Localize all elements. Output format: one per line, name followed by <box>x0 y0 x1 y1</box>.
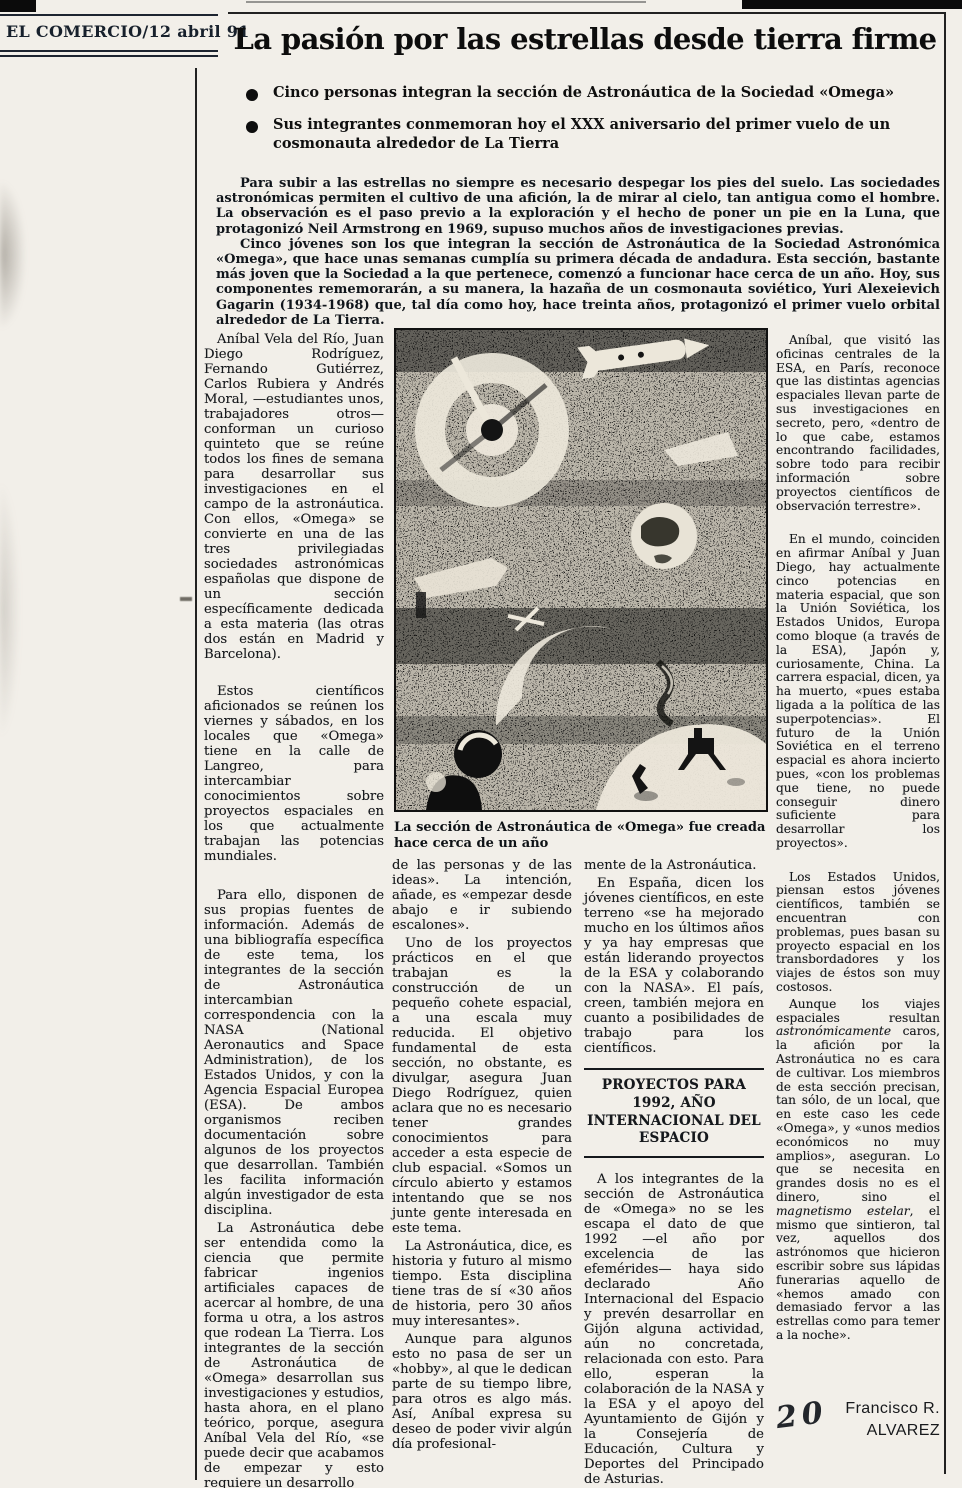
lead-paragraph: Para subir a las estrellas no siempre es… <box>216 176 940 237</box>
byline-name: Francisco R. <box>845 1400 940 1417</box>
scan-artifact-top-left <box>0 0 36 12</box>
body-paragraph: La Astronáutica, dice, es historia y fut… <box>392 1239 572 1329</box>
body-paragraph: A los integrantes de la sección de Astro… <box>584 1172 764 1487</box>
body-paragraph: Aníbal, que visitó las oficinas centrale… <box>776 334 940 513</box>
body-paragraph: En España, dicen los jóvenes científicos… <box>584 876 764 1056</box>
bullet-text: Sus integrantes conmemoran hoy el XXX an… <box>273 116 928 154</box>
body-paragraph: La Astronáutica debe ser entendida como … <box>204 1221 384 1488</box>
bullet-icon <box>246 121 258 133</box>
column-2: de las personas y de las ideas». La inte… <box>392 858 572 1455</box>
photo-caption: La sección de Astronáutica de «Omega» fu… <box>394 820 766 852</box>
masthead-rule-bottom-2 <box>0 55 218 57</box>
masthead-title: EL COMERCIO/12 abril 91 <box>6 22 250 41</box>
lead-paragraphs: Para subir a las estrellas no siempre es… <box>216 176 940 328</box>
byline: Francisco R. ALVAREZ <box>845 1398 940 1441</box>
photo-collage <box>394 328 768 812</box>
body-paragraph: Estos científicos aficionados se reúnen … <box>204 684 384 864</box>
body-paragraph: mente de la Astronáutica. <box>584 858 764 873</box>
body-paragraph: Aunque para algunos esto no pasa de ser … <box>392 1332 572 1452</box>
body-paragraph: Los Estados Unidos, piensan estos jóvene… <box>776 871 940 995</box>
page-number-handwritten: 20 <box>774 1395 830 1436</box>
body-paragraph: Uno de los proyectos prácticos en el que… <box>392 936 572 1236</box>
bullet-item: Sus integrantes conmemoran hoy el XXX an… <box>246 116 928 154</box>
bullet-text: Cinco personas integran la sección de As… <box>273 84 894 103</box>
section-subhead: PROYECTOS PARA 1992, AÑO INTERNACIONAL D… <box>584 1068 764 1158</box>
scan-smudge <box>0 480 20 740</box>
scan-mark <box>180 597 192 601</box>
article-headline: La pasión por las estrellas desde tierra… <box>232 24 938 56</box>
masthead-rule-top <box>0 14 218 16</box>
lead-paragraph: Cinco jóvenes son los que integran la se… <box>216 237 940 328</box>
column-3: mente de la Astronáutica. En España, dic… <box>584 858 764 1488</box>
bullet-icon <box>246 89 258 101</box>
scan-artifact-top-line <box>246 1 646 3</box>
body-paragraph: Aníbal Vela del Río, Juan Diego Rodrígue… <box>204 332 384 662</box>
article-frame-right-rule <box>944 12 946 1474</box>
photo-collage-art <box>396 330 766 810</box>
signature-row: 20 Francisco R. ALVAREZ <box>776 1398 940 1441</box>
column-1: Aníbal Vela del Río, Juan Diego Rodrígue… <box>204 332 384 1488</box>
article-frame-left-rule <box>195 68 197 1480</box>
article-frame-top-rule <box>228 12 945 14</box>
scan-smudge <box>0 180 26 330</box>
scan-artifact-top-right <box>742 0 962 9</box>
headline-bullets: Cinco personas integran la sección de As… <box>246 84 928 167</box>
bullet-item: Cinco personas integran la sección de As… <box>246 84 928 103</box>
body-paragraph: de las personas y de las ideas». La inte… <box>392 858 572 933</box>
masthead-rule-bottom-1 <box>0 50 218 52</box>
byline-surname: ALVAREZ <box>867 1422 940 1439</box>
body-paragraph: En el mundo, coinciden en afirmar Aníbal… <box>776 533 940 850</box>
body-paragraph: Para ello, disponen de sus propias fuent… <box>204 888 384 1218</box>
body-paragraph: Aunque los viajes espaciales resultan as… <box>776 998 940 1343</box>
newspaper-clipping-page: EL COMERCIO/12 abril 91 La pasión por la… <box>0 0 962 1488</box>
column-4: Aníbal, que visitó las oficinas centrale… <box>776 334 940 1346</box>
